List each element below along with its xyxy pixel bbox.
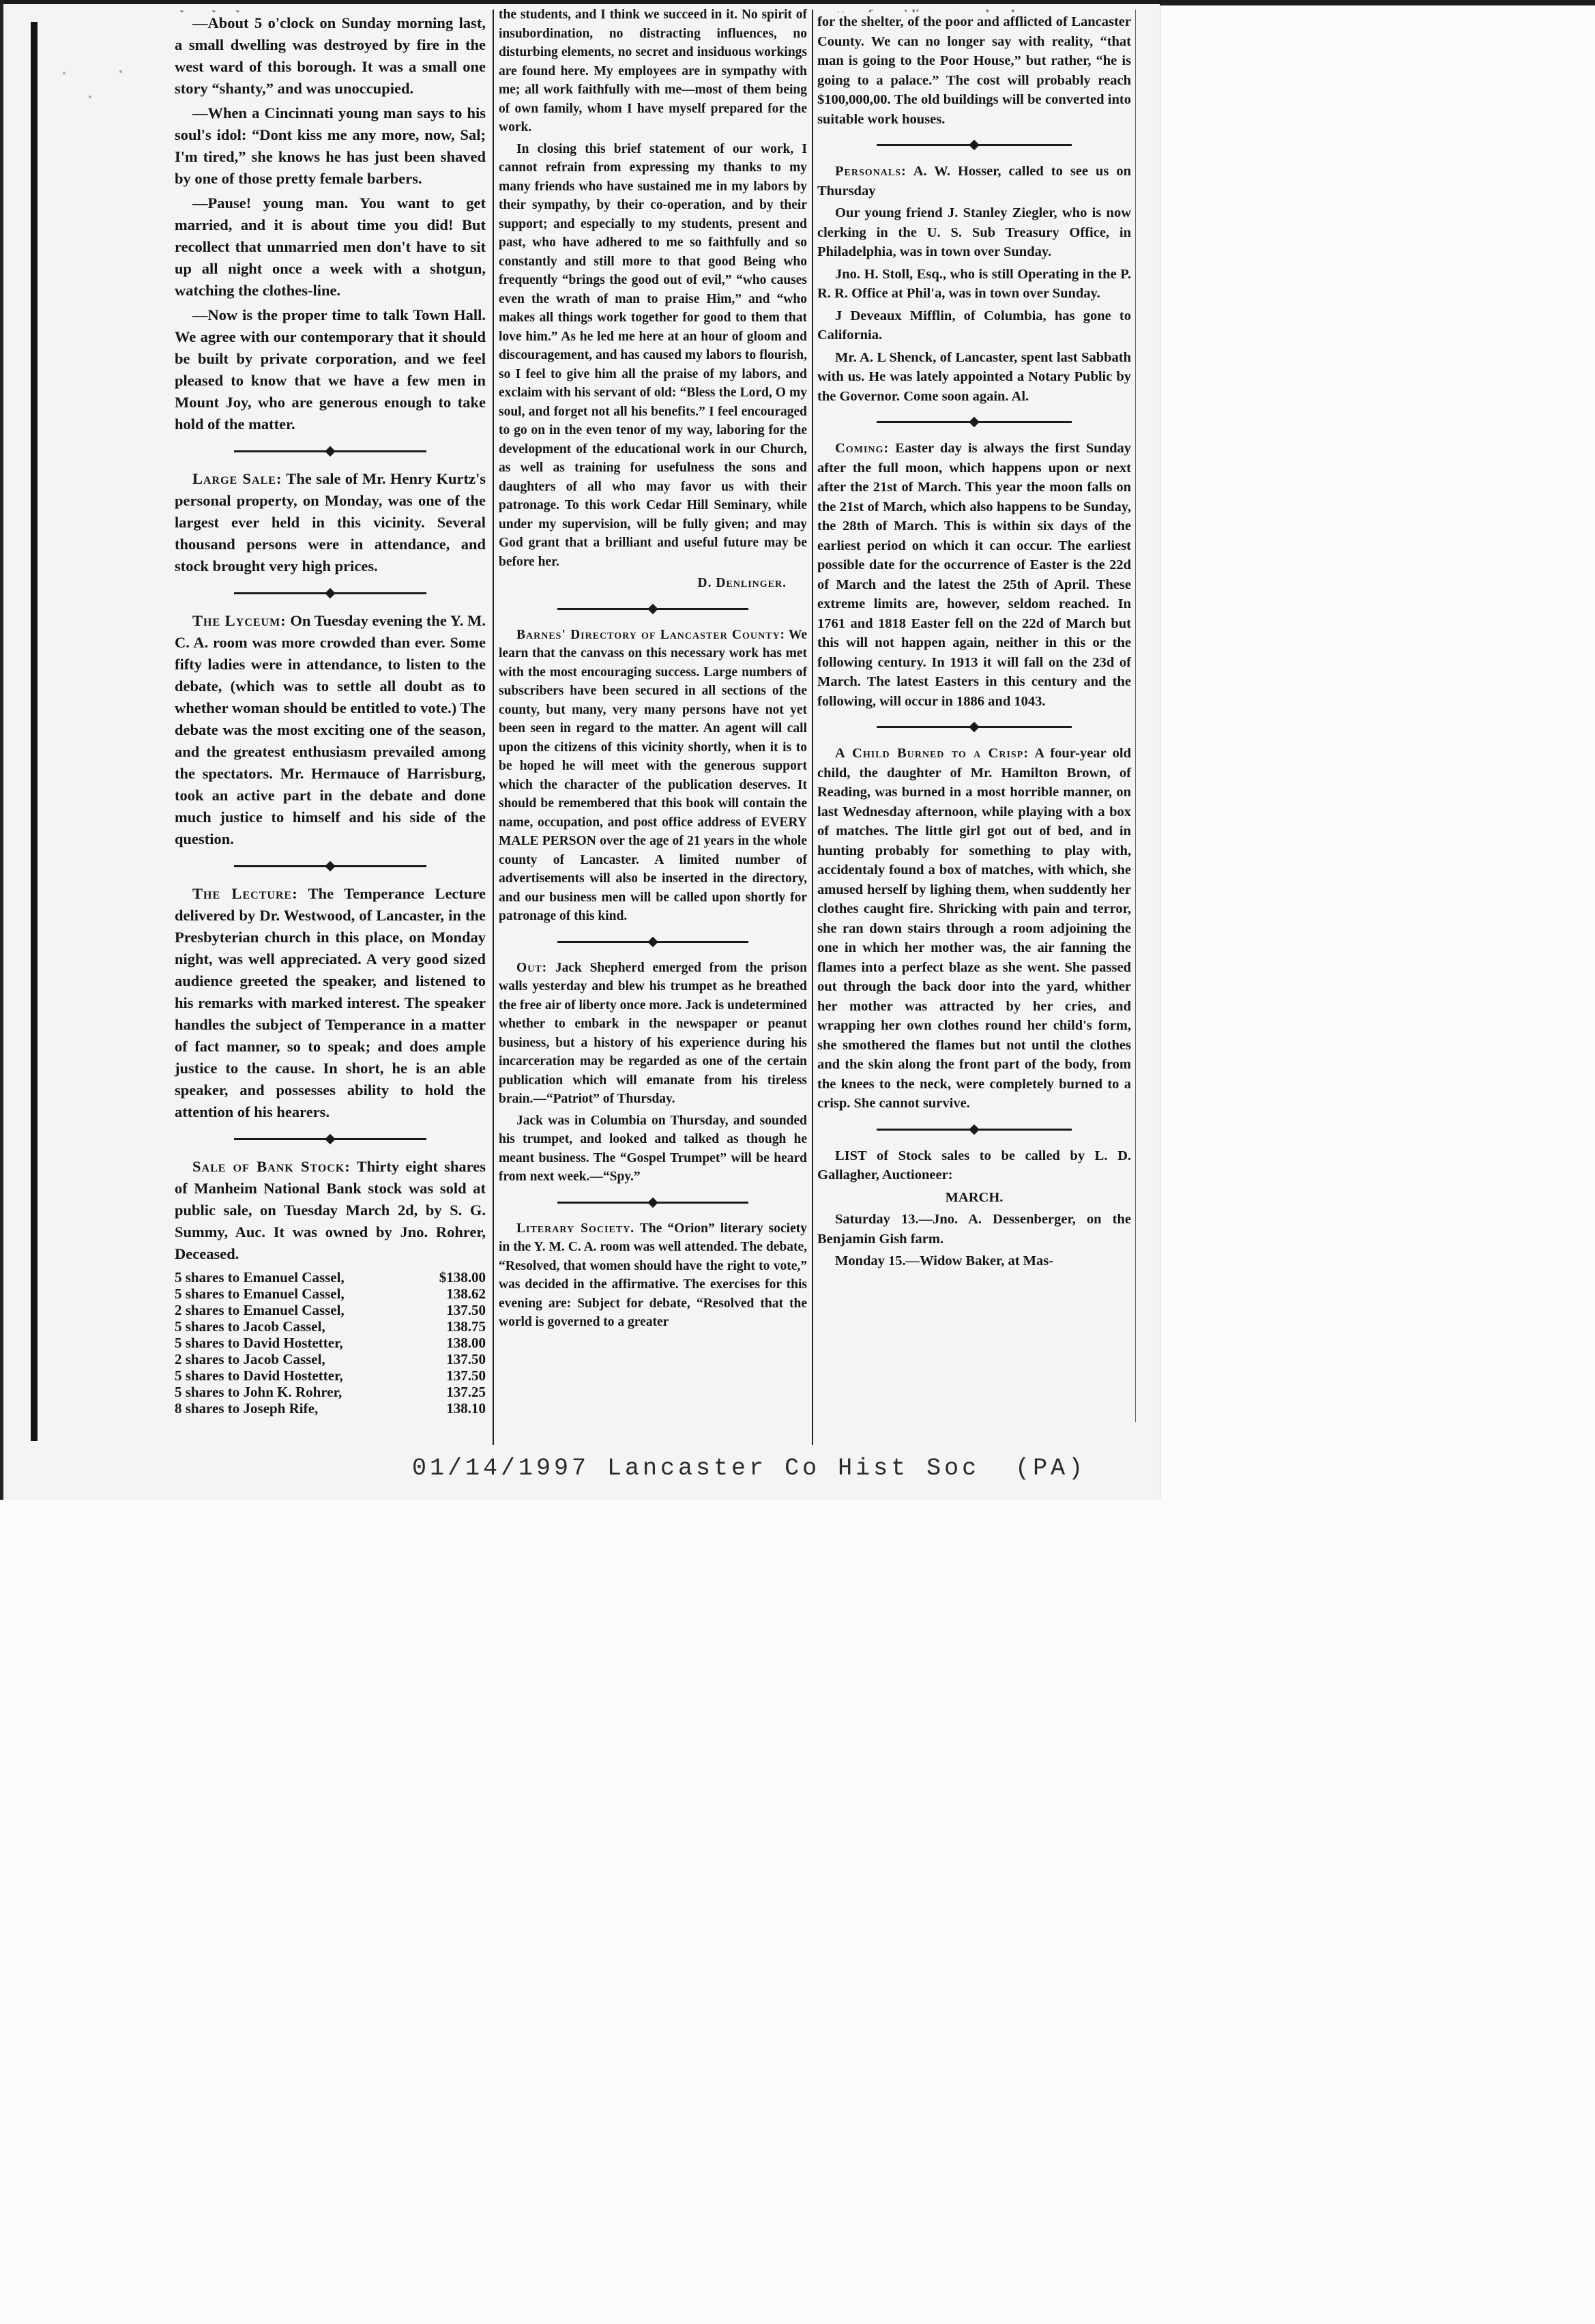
table-row: 2 shares to Jacob Cassel,137.50 <box>175 1351 486 1367</box>
shares-cell: 5 shares to Emanuel Cassel, <box>175 1286 419 1302</box>
news-paragraph: Mr. A. L Shenck, of Lancaster, spent las… <box>817 348 1131 407</box>
scan-edge <box>1160 0 1160 1500</box>
news-article: Out: Jack Shepherd emerged from the pris… <box>499 959 807 1109</box>
article-heading: The Lecture: <box>192 885 298 902</box>
scan-left-edge <box>0 0 3 1500</box>
shares-cell: 2 shares to Emanuel Cassel, <box>175 1302 419 1318</box>
amount-cell: 137.50 <box>419 1367 486 1384</box>
table-row: 2 shares to Emanuel Cassel,137.50 <box>175 1302 486 1318</box>
news-paragraph: —About 5 o'clock on Sunday morning last,… <box>175 12 486 100</box>
news-article: Coming: Easter day is always the first S… <box>817 439 1131 711</box>
article-heading: Personals: <box>835 164 907 179</box>
news-article: Sale of Bank Stock: Thirty eight shares … <box>175 1156 486 1265</box>
column-rule-3 <box>1135 10 1136 1422</box>
shares-cell: 5 shares to David Hostetter, <box>175 1335 419 1351</box>
news-article: Barnes' Directory of Lancaster County: W… <box>499 626 807 926</box>
month-heading: MARCH. <box>817 1188 1131 1208</box>
news-paragraph: Our young friend J. Stanley Ziegler, who… <box>817 203 1131 262</box>
ornamental-divider <box>234 445 427 457</box>
shares-cell: 5 shares to David Hostetter, <box>175 1367 419 1384</box>
ornamental-divider <box>877 1123 1071 1135</box>
article-body: We learn that the canvass on this necess… <box>499 628 807 924</box>
amount-cell: 138.10 <box>419 1400 486 1417</box>
amount-cell: 137.50 <box>419 1302 486 1318</box>
scan-speck <box>89 96 91 98</box>
table-row: 5 shares to David Hostetter,137.50 <box>175 1367 486 1384</box>
article-heading: Large Sale: <box>192 470 282 487</box>
article-body: A four-year old child, the daughter of M… <box>817 746 1131 1111</box>
news-paragraph: Jno. H. Stoll, Esq., who is still Operat… <box>817 265 1131 304</box>
table-row: 5 shares to Emanuel Cassel,138.62 <box>175 1286 486 1302</box>
ornamental-divider <box>234 587 427 599</box>
ornamental-divider <box>234 860 427 872</box>
column-rule-2 <box>812 10 813 1445</box>
article-body: The “Orion” literary society in the Y. M… <box>499 1221 807 1330</box>
shares-cell: 8 shares to Joseph Rife, <box>175 1400 419 1417</box>
article-body: On Tuesday evening the Y. M. C. A. room … <box>175 612 486 847</box>
shares-cell: 5 shares to John K. Rohrer, <box>175 1384 419 1400</box>
amount-cell: 138.62 <box>419 1286 486 1302</box>
ornamental-divider <box>234 1133 427 1145</box>
news-article: The Lecture: The Temperance Lecture deli… <box>175 883 486 1123</box>
column-rule-1 <box>493 10 494 1445</box>
table-row: 8 shares to Joseph Rife,138.10 <box>175 1400 486 1417</box>
fragment-top: the school. <box>175 5 486 12</box>
news-paragraph: for the shelter, of the poor and afflict… <box>817 12 1131 129</box>
archive-stamp: 01/14/1997 Lancaster Co Hist Soc (PA) <box>412 1455 1086 1482</box>
ornamental-divider <box>877 416 1071 428</box>
news-paragraph: Saturday 13.—Jno. A. Dessenberger, on th… <box>817 1210 1131 1249</box>
news-article: Large Sale: The sale of Mr. Henry Kurtz'… <box>175 468 486 577</box>
shares-cell: 2 shares to Jacob Cassel, <box>175 1351 419 1367</box>
scan-speck <box>63 72 65 74</box>
amount-cell: 137.25 <box>419 1384 486 1400</box>
column-right: matter of providing so grand a place for… <box>817 5 1131 1274</box>
ornamental-divider <box>557 1196 748 1208</box>
shares-cell: 5 shares to Jacob Cassel, <box>175 1318 419 1335</box>
ornamental-divider <box>557 602 748 615</box>
ornamental-divider <box>877 721 1071 733</box>
shares-cell: 5 shares to Emanuel Cassel, <box>175 1269 419 1286</box>
amount-cell: 138.00 <box>419 1335 486 1351</box>
stock-sales-table: 5 shares to Emanuel Cassel,$138.005 shar… <box>175 1269 486 1417</box>
amount-cell: $138.00 <box>419 1269 486 1286</box>
news-paragraph: In closing this brief statement of our w… <box>499 140 807 572</box>
table-row: 5 shares to Emanuel Cassel,$138.00 <box>175 1269 486 1286</box>
table-row: 5 shares to David Hostetter,138.00 <box>175 1335 486 1351</box>
scan-speck <box>119 70 122 73</box>
news-article: Literary Society. The “Orion” literary s… <box>499 1219 807 1332</box>
article-heading: Barnes' Directory of Lancaster County: <box>516 628 785 642</box>
article-body: Easter day is always the first Sunday af… <box>817 441 1131 709</box>
article-heading: Literary Society. <box>516 1221 634 1236</box>
column-middle: the students, and I think we succeed in … <box>499 5 807 1335</box>
article-body: The Temperance Lecture delivered by Dr. … <box>175 885 486 1120</box>
news-article: The Lyceum: On Tuesday evening the Y. M.… <box>175 610 486 850</box>
news-paragraph: J Deveaux Mifflin, of Columbia, has gone… <box>817 306 1131 345</box>
scan-top-border <box>1160 0 1595 5</box>
news-paragraph: —Pause! young man. You want to get marri… <box>175 192 486 302</box>
news-paragraph: the students, and I think we succeed in … <box>499 5 807 137</box>
article-body: Jack Shepherd emerged from the prison wa… <box>499 961 807 1107</box>
amount-cell: 138.75 <box>419 1318 486 1335</box>
news-paragraph: —Now is the proper time to talk Town Hal… <box>175 304 486 435</box>
table-row: 5 shares to John K. Rohrer,137.25 <box>175 1384 486 1400</box>
news-article: Personals: A. W. Hosser, called to see u… <box>817 162 1131 201</box>
news-paragraph: Jack was in Columbia on Thursday, and so… <box>499 1112 807 1187</box>
article-heading: Sale of Bank Stock: <box>192 1158 351 1175</box>
news-paragraph: Monday 15.—Widow Baker, at Mas- <box>817 1251 1131 1271</box>
author-signature: D. Denlinger. <box>499 574 787 593</box>
article-heading: Coming: <box>835 441 889 456</box>
news-paragraph: —When a Cincinnati young man says to his… <box>175 102 486 190</box>
ornamental-divider <box>557 935 748 948</box>
fragment-top: matter of providing so grand a place <box>817 5 1131 12</box>
article-heading: The Lyceum: <box>192 612 287 629</box>
list-intro: LIST of Stock sales to be called by L. D… <box>817 1146 1131 1185</box>
margin-bar <box>31 22 38 1441</box>
column-left: the school. —About 5 o'clock on Sunday m… <box>175 5 486 1417</box>
news-article: A Child Burned to a Crisp: A four-year o… <box>817 744 1131 1114</box>
table-row: 5 shares to Jacob Cassel,138.75 <box>175 1318 486 1335</box>
amount-cell: 137.50 <box>419 1351 486 1367</box>
ornamental-divider <box>877 139 1071 151</box>
article-heading: Out: <box>516 961 547 975</box>
article-heading: A Child Burned to a Crisp: <box>835 746 1029 761</box>
